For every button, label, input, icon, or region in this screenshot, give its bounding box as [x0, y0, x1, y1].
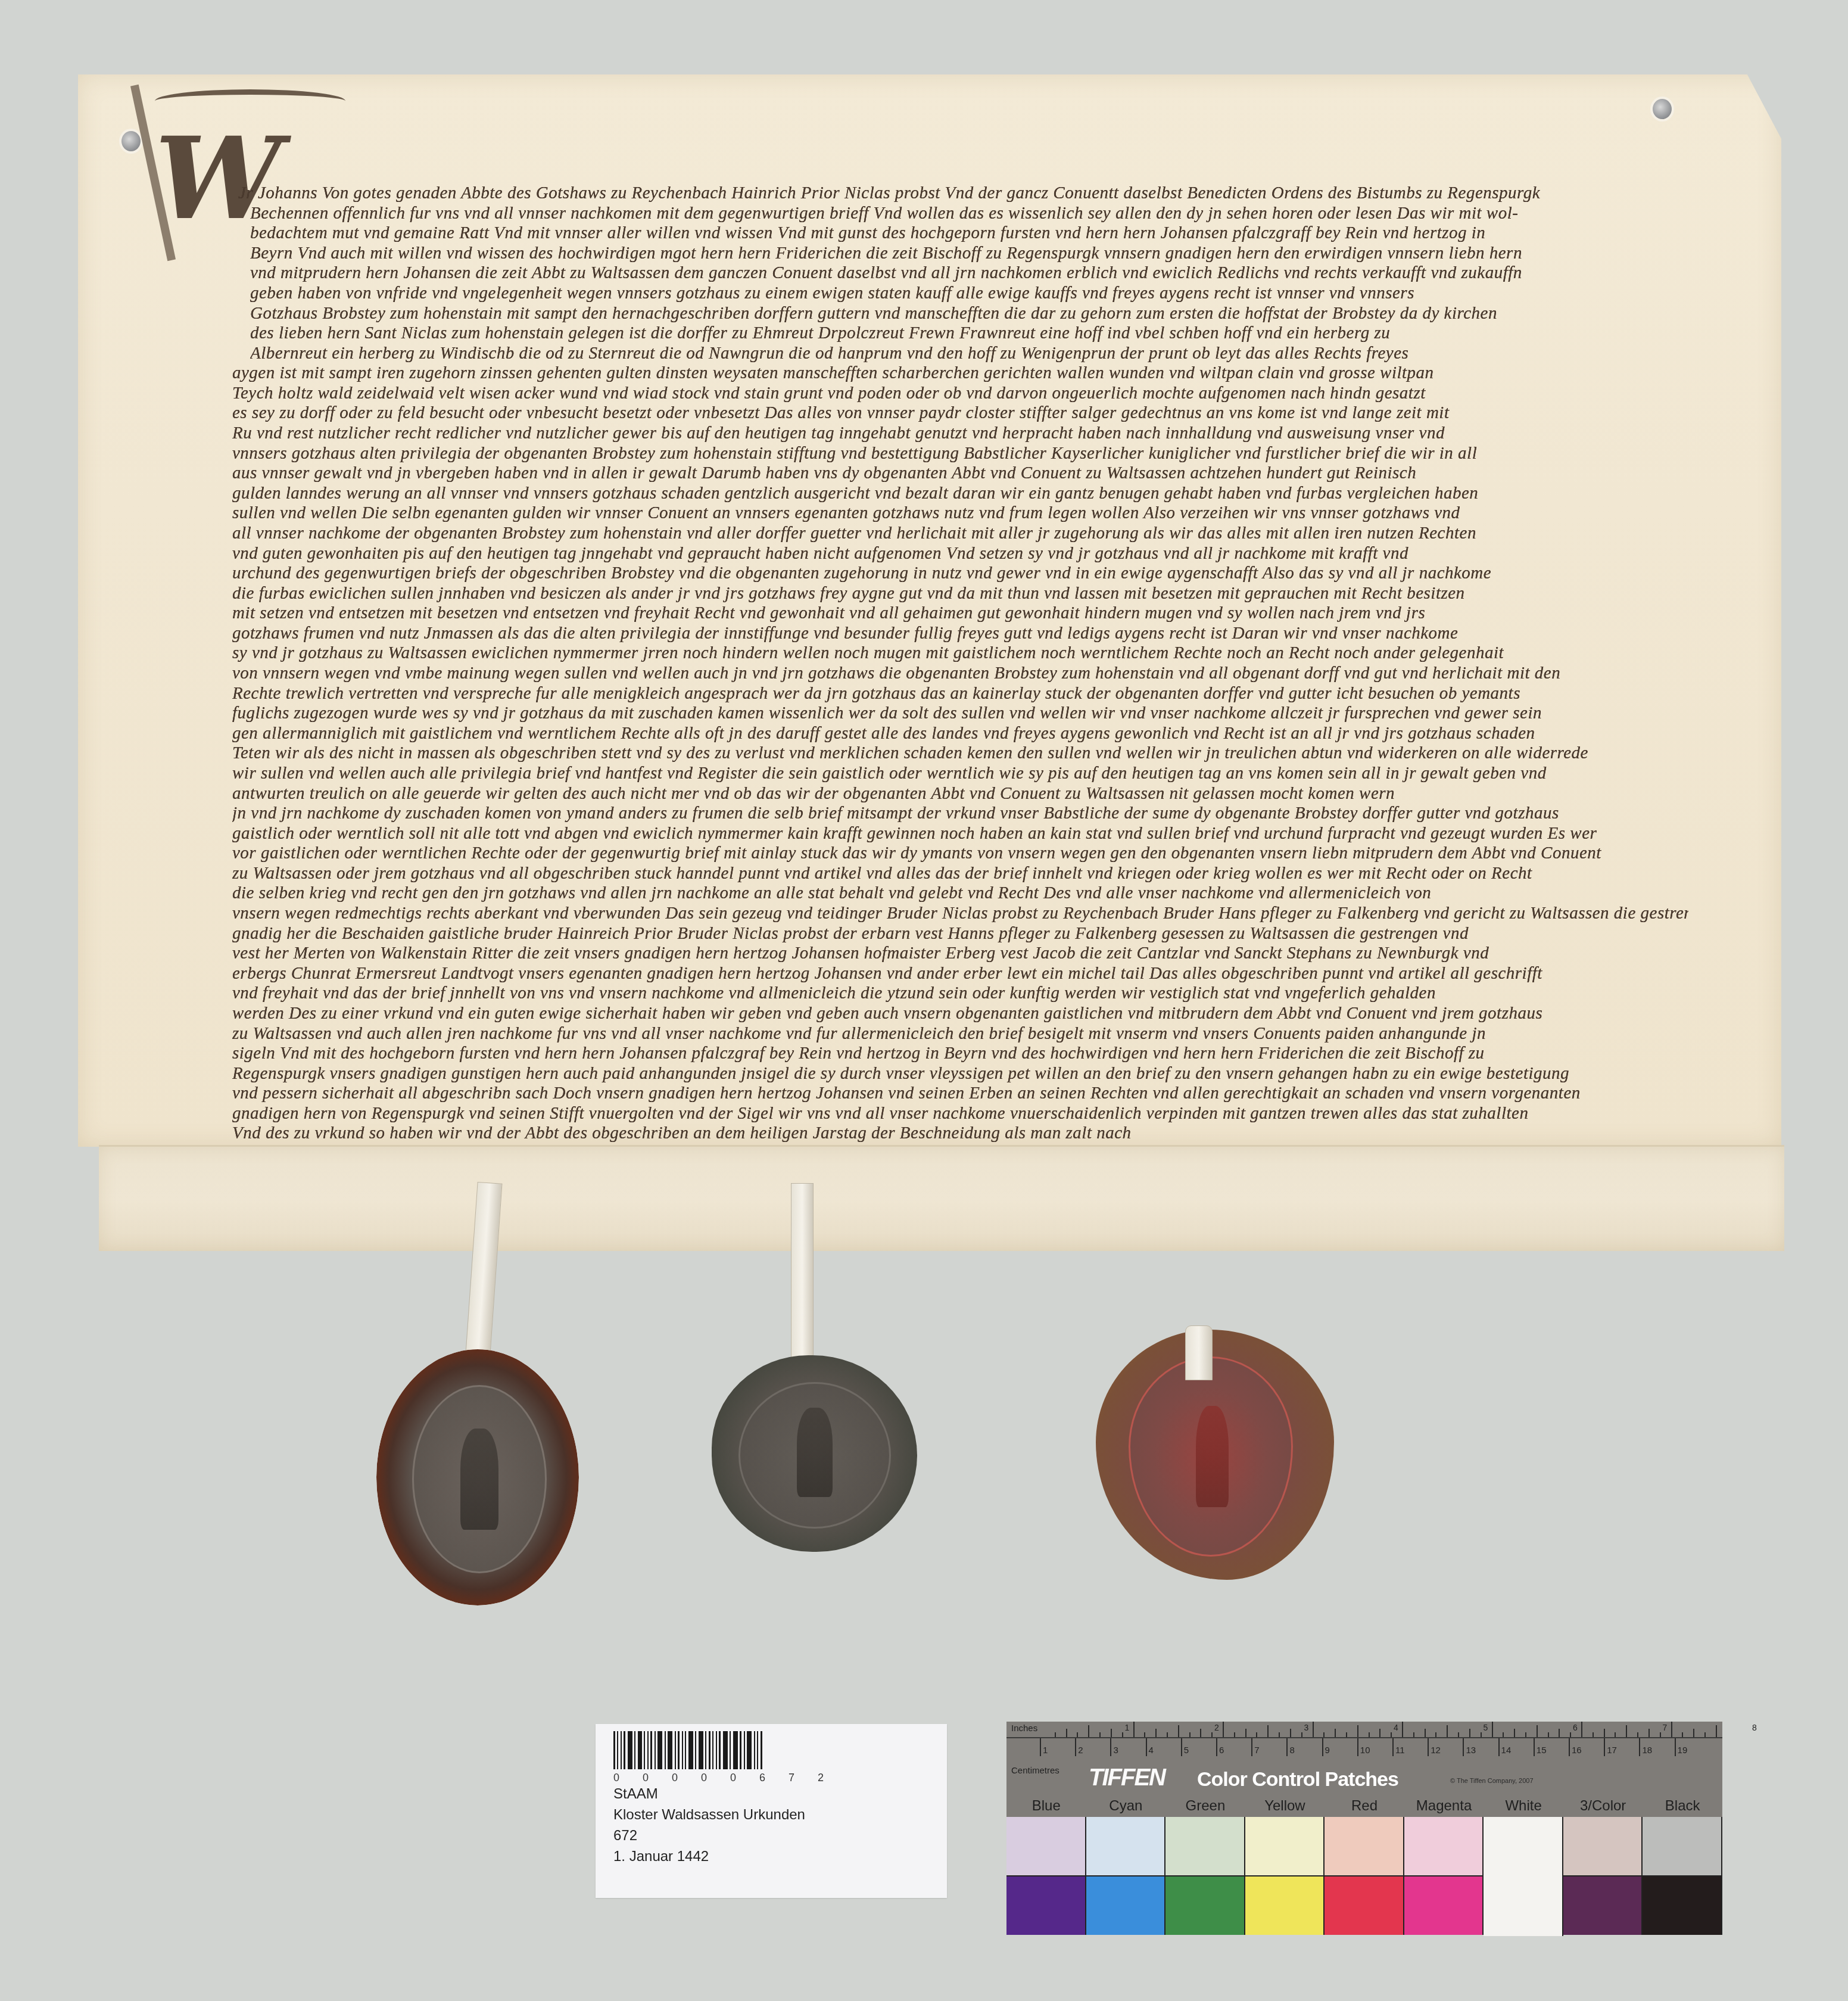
cm-tick: [1075, 1738, 1076, 1756]
cm-tick-label: 12: [1431, 1745, 1441, 1756]
barcode-icon: [613, 1731, 764, 1769]
barcode-bar: [733, 1731, 738, 1769]
charter-text-line: urchund des gegenwurtigen briefs der obg…: [232, 562, 1688, 584]
charter-text-line: geben haben von vnfride vnd vngelegenhei…: [250, 282, 1688, 304]
charter-text-line: gulden lanndes werung an all vnnser vnd …: [232, 482, 1688, 505]
inch-tick: [1301, 1732, 1302, 1737]
seal-2-madonna-figure-icon: [797, 1408, 833, 1497]
cm-tick-label: 15: [1537, 1745, 1547, 1756]
charter-text-line: gaistlich oder werntlich soll nit alle t…: [232, 822, 1688, 845]
inch-tick: [1637, 1732, 1638, 1737]
patch-dark-green: [1165, 1876, 1245, 1935]
barcode-bar: [744, 1731, 745, 1769]
cm-tick-label: 18: [1642, 1745, 1652, 1756]
seal-3-parchment-tag: [1185, 1325, 1213, 1380]
inch-tick: [1593, 1732, 1594, 1737]
charter-text-line: gnadig her die Beschaiden gaistliche bru…: [232, 922, 1688, 945]
inch-tick: [1077, 1732, 1078, 1737]
cm-tick-label: 1: [1043, 1745, 1048, 1756]
patch-labels-row: BlueCyanGreenYellowRedMagentaWhite3/Colo…: [1006, 1795, 1722, 1819]
patch-light-blue: [1006, 1817, 1086, 1876]
inch-tick-label: 1: [1125, 1723, 1130, 1732]
cm-tick-label: 2: [1078, 1745, 1083, 1756]
inch-tick: [1648, 1729, 1650, 1737]
charter-text-line: all vnnser nachkome der obgenanten Brobs…: [232, 522, 1688, 544]
mounting-pin-left: [119, 129, 143, 154]
inch-tick-label: 7: [1663, 1723, 1668, 1732]
barcode-bar: [624, 1731, 625, 1769]
patch-light-green: [1165, 1817, 1245, 1876]
inches-ruler: Inches 12345678: [1006, 1722, 1722, 1738]
barcode-bar: [699, 1731, 703, 1769]
patch-dark-blue: [1006, 1876, 1086, 1935]
inch-tick: [1570, 1732, 1571, 1737]
inch-tick-label: 6: [1573, 1723, 1578, 1732]
barcode-bar: [675, 1731, 676, 1769]
inch-tick: [1290, 1729, 1291, 1737]
charter-text-line: die furbas ewiclichen sullen jnnhaben vn…: [232, 582, 1688, 605]
patch-light-red: [1325, 1817, 1404, 1876]
barcode-bar: [638, 1731, 642, 1769]
charter-text-line: bedachtem mut vnd gemaine Ratt Vnd mit v…: [250, 222, 1688, 244]
barcode-bar: [747, 1731, 752, 1769]
charter-text-line: Teych holtz wald zeidelwaid velt wisen a…: [232, 382, 1688, 404]
cm-tick-label: 4: [1149, 1745, 1154, 1756]
seal-2-face: [738, 1382, 891, 1529]
charter-text-line: aygen ist mit sampt iren zugehorn zinsse…: [232, 362, 1688, 384]
cm-tick-label: 19: [1678, 1745, 1688, 1756]
inch-tick: [1391, 1732, 1392, 1737]
charter-text-line: vnd mitprudern hern Johansen die zeit Ab…: [250, 262, 1688, 284]
barcode-bar: [716, 1731, 717, 1769]
inch-tick: [1704, 1732, 1706, 1737]
tiffen-color-chart: Inches 12345678 123456789101112131415161…: [1006, 1722, 1722, 1935]
barcode-bar: [628, 1731, 632, 1769]
cm-tick: [1181, 1738, 1182, 1756]
document-number: 672: [613, 1825, 637, 1846]
inch-tick: [1626, 1725, 1627, 1737]
charter-text-line: werden Des zu einer vrkund vnd ein guten…: [232, 1002, 1688, 1025]
cm-tick-label: 8: [1289, 1745, 1294, 1756]
cm-tick-label: 5: [1184, 1745, 1189, 1756]
seal-1-mandorla: [376, 1349, 579, 1605]
charter-text-line: Gotzhaus Brobstey zum hohenstain mit sam…: [250, 302, 1688, 325]
centimetres-label: Centimetres: [1011, 1766, 1059, 1776]
cm-tick: [1322, 1738, 1323, 1756]
charter-text-line: gnadigen hern von Regenspurgk vnd seinen…: [232, 1102, 1688, 1125]
charter-text-line: die selben krieg vnd recht gen den jrn g…: [232, 882, 1688, 904]
charter-text-line: aus vnnser gewalt vnd jn vbergeben haben…: [232, 462, 1688, 484]
cm-tick: [1534, 1738, 1535, 1756]
barcode-bar: [617, 1731, 618, 1769]
charter-text-line: jn vnd jrn nachkome dy zuschaden komen v…: [232, 802, 1688, 824]
inch-tick: [1716, 1725, 1717, 1737]
inch-tick: [1279, 1732, 1280, 1737]
patch-label-black: Black: [1643, 1798, 1722, 1815]
inch-tick: [1458, 1732, 1459, 1737]
inch-tick: [1604, 1729, 1605, 1737]
inch-tick: [1682, 1732, 1683, 1737]
cm-tick: [1146, 1738, 1147, 1756]
charter-text-line: gotzhaws frumen vnd nutz Jnmassen als da…: [232, 622, 1688, 645]
patch-light-magenta: [1404, 1817, 1484, 1876]
inch-tick: [1481, 1732, 1482, 1737]
seal-1-face: [412, 1385, 547, 1573]
charter-text-line: zu Waltsassen oder jrem gotzhaus vnd all…: [232, 862, 1688, 885]
inch-tick: [1369, 1732, 1370, 1737]
inch-tick: [1200, 1729, 1201, 1737]
patch-label-red: Red: [1325, 1798, 1404, 1815]
charter-text-line: fuglichs zugezogen wurde wes sy vnd jr g…: [232, 702, 1688, 724]
chart-copyright: © The Tiffen Company, 2007: [1450, 1778, 1534, 1785]
seal-3-enthroned-figure-icon: [1196, 1406, 1229, 1507]
patch-dark-magenta: [1404, 1876, 1484, 1935]
barcode-bar: [682, 1731, 683, 1769]
cm-tick: [1040, 1738, 1041, 1756]
patch-label-yellow: Yellow: [1245, 1798, 1325, 1815]
inch-tick: [1211, 1732, 1213, 1737]
cm-tick: [1392, 1738, 1394, 1756]
cm-tick: [1639, 1738, 1640, 1756]
barcode-bar: [719, 1731, 721, 1769]
patch-label-blue: Blue: [1006, 1798, 1086, 1815]
cm-tick: [1110, 1738, 1111, 1756]
barcode-bar: [685, 1731, 686, 1769]
inch-tick: [1055, 1732, 1056, 1737]
barcode-bar: [688, 1731, 693, 1769]
seal-3-face: [1129, 1356, 1293, 1557]
patches-grid: [1006, 1817, 1722, 1935]
barcode-bar: [655, 1731, 656, 1769]
inch-tick: [1313, 1722, 1314, 1737]
inch-tick: [1223, 1722, 1224, 1737]
cm-tick-label: 14: [1501, 1745, 1512, 1756]
cm-tick: [1604, 1738, 1605, 1756]
inch-tick: [1469, 1729, 1470, 1737]
barcode-bar: [657, 1731, 662, 1769]
inch-tick: [1245, 1729, 1246, 1737]
centimetres-ruler: 12345678910111213141516171819: [1006, 1738, 1722, 1759]
inch-tick-label: 4: [1394, 1723, 1398, 1732]
seal-3-oval: [1096, 1330, 1334, 1580]
charter-text-line: vnd freyhait vnd das der brief jnnhellt …: [232, 982, 1688, 1004]
inch-tick-label: 8: [1752, 1723, 1757, 1732]
inch-tick: [1335, 1729, 1336, 1737]
charter-text-line: vnd guten gewonhaiten pis auf den heutig…: [232, 542, 1688, 565]
inch-tick: [1435, 1732, 1436, 1737]
patch-light-3-color: [1563, 1817, 1643, 1876]
inch-tick: [1189, 1732, 1191, 1737]
barcode-bar: [647, 1731, 649, 1769]
patch-dark-3-color: [1563, 1876, 1643, 1935]
charter-text-line: Ru vnd rest nutzlicher recht redlicher v…: [232, 422, 1688, 444]
patch-label-3-color: 3/Color: [1563, 1798, 1643, 1815]
seal-2-parchment-tag: [791, 1183, 814, 1369]
charter-text-line: vnd pessern sicherhait all abgeschribn s…: [232, 1082, 1688, 1104]
cm-tick-label: 17: [1607, 1745, 1617, 1756]
cm-tick-label: 9: [1325, 1745, 1330, 1756]
charter-text-line: sullen vnd wellen Die selbn egenanten gu…: [232, 502, 1688, 524]
charter-text-line: wir sullen vnd wellen auch alle privileg…: [232, 762, 1688, 785]
charter-text-line: sigeln Vnd mit des hochgeborn fursten vn…: [232, 1042, 1688, 1065]
cm-tick: [1498, 1738, 1500, 1756]
cm-tick-label: 6: [1219, 1745, 1224, 1756]
charter-text-line: vest her Merten von Walkenstain Ritter d…: [232, 942, 1688, 964]
charter-text-line: von vnnsern wegen vnd vmbe mainung wegen…: [232, 662, 1688, 684]
inch-tick: [1559, 1729, 1560, 1737]
inch-tick: [1379, 1729, 1380, 1737]
patch-light-yellow: [1245, 1817, 1325, 1876]
barcode-bar: [665, 1731, 666, 1769]
inch-tick-label: 5: [1484, 1723, 1488, 1732]
inch-tick: [1525, 1732, 1526, 1737]
patch-dark-yellow: [1245, 1876, 1325, 1935]
inch-tick: [1144, 1732, 1145, 1737]
barcode-bar: [678, 1731, 680, 1769]
barcode-bar: [644, 1731, 645, 1769]
inch-tick: [1066, 1729, 1067, 1737]
charter-text-line: vor gaistlichen oder werntlichen Rechte …: [232, 842, 1688, 864]
inch-tick: [1133, 1722, 1135, 1737]
charter-text-line: Rechte trewlich vertretten vnd versprech…: [232, 682, 1688, 705]
inch-tick: [1122, 1732, 1123, 1737]
inch-tick: [1548, 1732, 1549, 1737]
barcode-bar: [761, 1731, 762, 1769]
patch-light-black: [1643, 1817, 1722, 1876]
archive-name: StAAM: [613, 1784, 658, 1804]
document-date: 1. Januar 1442: [613, 1846, 709, 1867]
parchment-plica-fold: [99, 1145, 1784, 1251]
patch-dark-white: [1484, 1817, 1563, 1936]
cm-tick-label: 7: [1254, 1745, 1259, 1756]
inch-tick: [1402, 1722, 1403, 1737]
cm-tick: [1463, 1738, 1464, 1756]
inch-tick-label: 2: [1214, 1723, 1219, 1732]
barcode-digits: 0 0 0 0 0 6 7 2: [613, 1772, 834, 1784]
cm-tick: [1251, 1738, 1252, 1756]
patch-label-cyan: Cyan: [1086, 1798, 1166, 1815]
barcode-bar: [668, 1731, 672, 1769]
charter-text-line: Jr Johanns Von gotes genaden Abbte des G…: [238, 182, 1676, 204]
barcode-bar: [613, 1731, 615, 1769]
inch-tick: [1323, 1732, 1325, 1737]
chart-title: Color Control Patches: [1197, 1768, 1398, 1791]
cm-tick-label: 13: [1466, 1745, 1476, 1756]
charter-text-line: erbergs Chunrat Ermersreut Landtvogt vns…: [232, 962, 1688, 985]
patch-label-magenta: Magenta: [1404, 1798, 1484, 1815]
cm-tick-label: 3: [1113, 1745, 1118, 1756]
archive-label: 0 0 0 0 0 6 7 2 StAAM Kloster Waldsassen…: [596, 1724, 947, 1898]
inch-tick: [1693, 1729, 1694, 1737]
charter-text-line: vnsern wegen redmechtigs rechts aberkant…: [232, 902, 1688, 925]
barcode-bar: [705, 1731, 706, 1769]
patch-label-white: White: [1484, 1798, 1563, 1815]
charter-text-line: sy vnd jr gotzhaus zu Waltsassen ewiclic…: [232, 642, 1688, 664]
charter-text-line: mit setzen vnd entsetzen mit besetzen vn…: [232, 602, 1688, 624]
barcode-bar: [754, 1731, 755, 1769]
charter-text-line: des lieben hern Sant Niclas zum hohensta…: [250, 322, 1688, 344]
inch-tick: [1503, 1732, 1504, 1737]
inch-tick: [1615, 1732, 1616, 1737]
barcode-bar: [709, 1731, 710, 1769]
cm-tick: [1675, 1738, 1676, 1756]
patch-dark-cyan: [1086, 1876, 1166, 1935]
inch-tick: [1099, 1732, 1101, 1737]
inch-tick: [1671, 1722, 1672, 1737]
charter-text-line: antwurten treulich on alle geuerde wir g…: [232, 782, 1688, 805]
inch-tick: [1537, 1725, 1538, 1737]
cm-tick-label: 10: [1360, 1745, 1370, 1756]
inch-tick: [1111, 1729, 1112, 1737]
inch-tick-label: 3: [1304, 1723, 1309, 1732]
seal-1-abbot-figure-icon: [460, 1429, 498, 1530]
cm-tick-label: 11: [1395, 1745, 1405, 1756]
charter-text-line: Teten wir als des nicht in massen als ob…: [232, 742, 1688, 764]
inch-tick: [1357, 1725, 1358, 1737]
cm-tick-label: 16: [1572, 1745, 1582, 1756]
inch-tick: [1267, 1725, 1269, 1737]
inch-tick: [1256, 1732, 1257, 1737]
barcode-bar: [695, 1731, 696, 1769]
inch-tick: [1447, 1725, 1448, 1737]
barcode-bar: [621, 1731, 622, 1769]
cm-tick: [1569, 1738, 1570, 1756]
barcode-bar: [650, 1731, 652, 1769]
charter-text-line: Albernreut ein herberg zu Windischb die …: [250, 342, 1688, 365]
charter-text-line: es sey zu dorff oder zu feld besucht ode…: [232, 402, 1688, 424]
seal-2-round: [712, 1355, 917, 1552]
inch-tick: [1660, 1732, 1661, 1737]
charter-text-line: zu Waltsassen vnd auch allen jren nachko…: [232, 1022, 1688, 1045]
collection-name: Kloster Waldsassen Urkunden: [613, 1804, 805, 1825]
inch-tick: [1581, 1722, 1582, 1737]
charter-text-line: vnnsers gotzhaus alten privilegia der ob…: [232, 442, 1688, 465]
inch-tick: [1492, 1722, 1493, 1737]
inch-tick: [1155, 1729, 1157, 1737]
inch-tick: [1514, 1729, 1515, 1737]
barcode-bar: [712, 1731, 713, 1769]
mounting-pin-right: [1650, 97, 1674, 122]
inch-tick: [1178, 1725, 1179, 1737]
charter-text-line: Beyrn Vnd auch mit willen vnd wissen des…: [250, 242, 1688, 264]
inch-tick: [1425, 1729, 1426, 1737]
patch-dark-black: [1643, 1876, 1722, 1935]
barcode-bar: [634, 1731, 635, 1769]
cm-tick: [1216, 1738, 1217, 1756]
inch-tick: [1346, 1732, 1347, 1737]
barcode-bar: [730, 1731, 731, 1769]
barcode-bar: [723, 1731, 728, 1769]
inch-tick: [1088, 1725, 1089, 1737]
cm-tick: [1286, 1738, 1288, 1756]
inch-tick: [1167, 1732, 1168, 1737]
cm-tick: [1428, 1738, 1429, 1756]
inch-tick: [1413, 1732, 1414, 1737]
charter-text-line: Regenspurgk vnsers gnadigen gunstigen he…: [232, 1062, 1688, 1085]
cm-tick: [1357, 1738, 1358, 1756]
charter-text-line: Bechennen offennlich fur vns vnd all vnn…: [250, 202, 1688, 225]
barcode-bar: [757, 1731, 758, 1769]
inches-label: Inches: [1011, 1723, 1037, 1734]
barcode-bar: [740, 1731, 741, 1769]
charter-text-line: gen allermanniglich mit gaistlichem vnd …: [232, 722, 1688, 745]
charter-text-line: Vnd des zu vrkund so haben wir vnd der A…: [232, 1122, 1688, 1144]
inch-tick: [1234, 1732, 1235, 1737]
patch-dark-red: [1325, 1876, 1404, 1935]
tiffen-logo: TIFFEN: [1089, 1765, 1165, 1791]
patch-light-cyan: [1086, 1817, 1166, 1876]
patch-label-green: Green: [1165, 1798, 1245, 1815]
